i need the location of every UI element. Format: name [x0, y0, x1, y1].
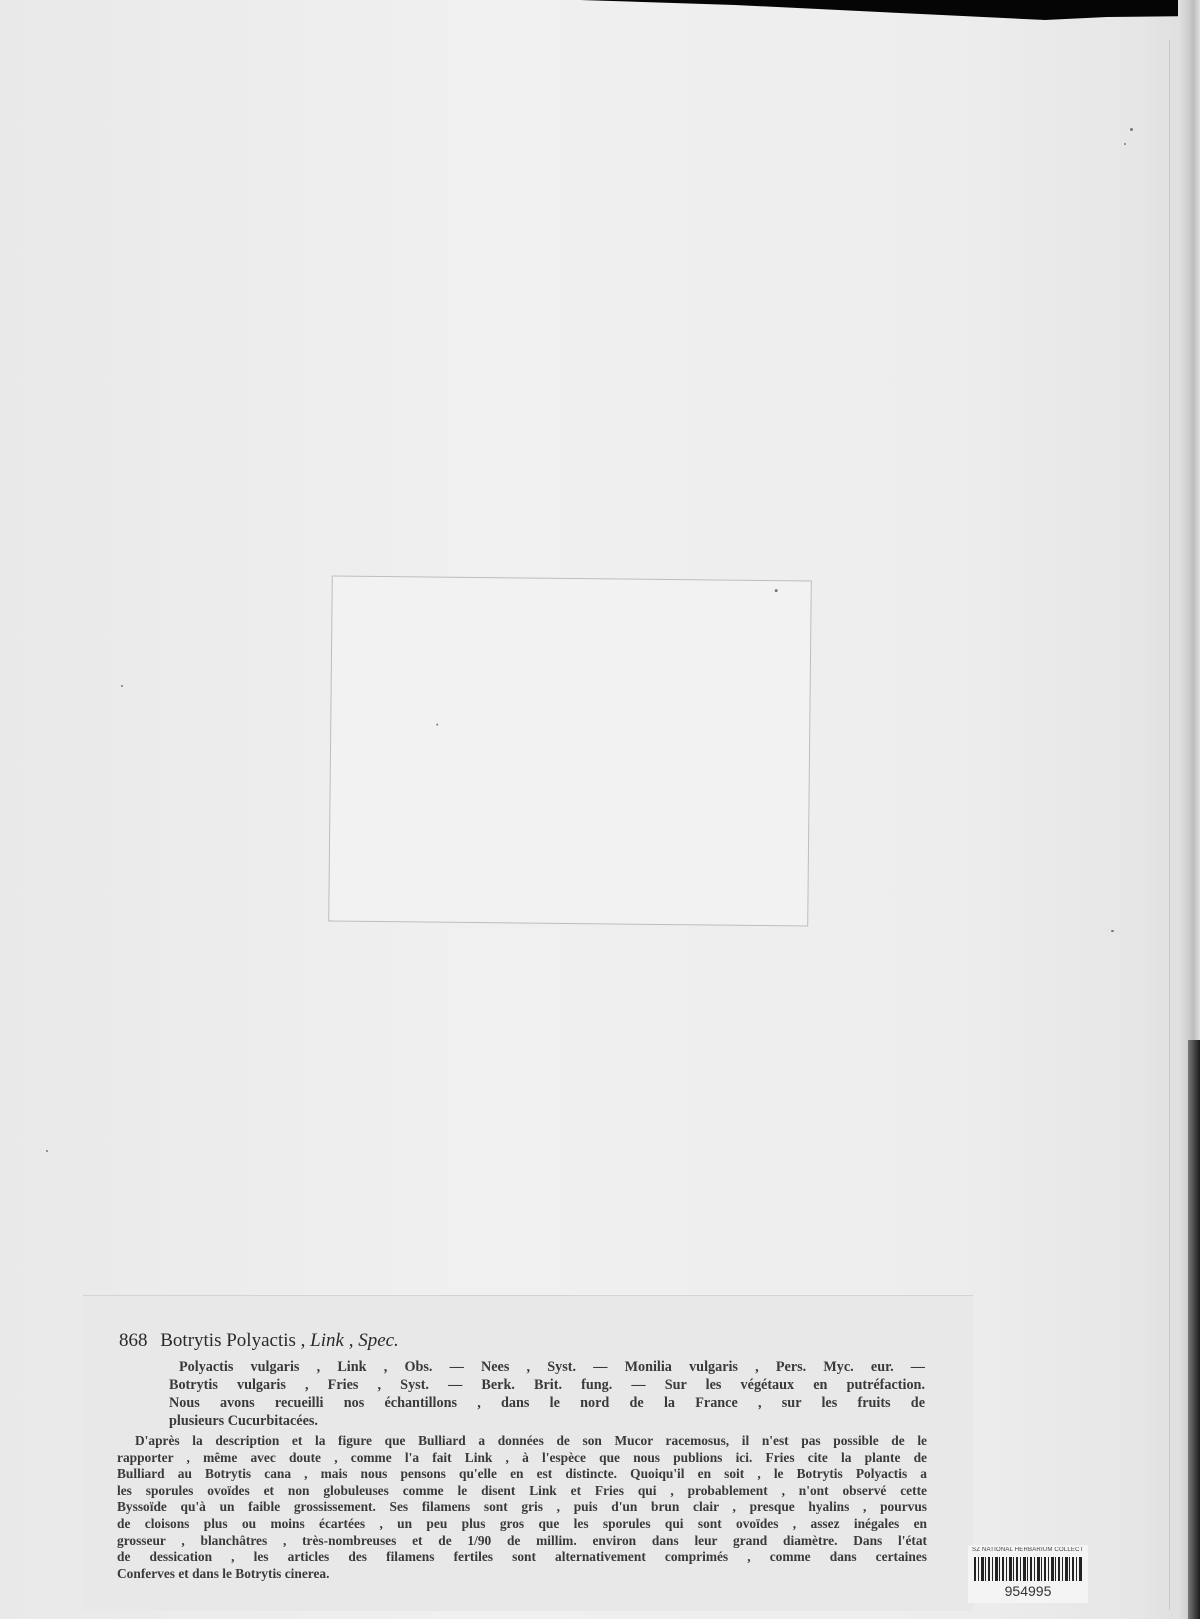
specimen-label: 868 Botrytis Polyactis , Link , Spec. Po… — [83, 1295, 973, 1611]
taxon-work: Spec. — [358, 1330, 399, 1351]
taxon-name: Botrytis Polyactis — [160, 1330, 296, 1351]
synonymy-line: Polyactis vulgaris , Link , Obs. — Nees … — [169, 1358, 925, 1376]
barcode-caption: SZ NATIONAL HERBARIUM COLLECTIONS — [972, 1547, 1084, 1553]
specimen-packet — [328, 575, 812, 926]
barcode-icon — [974, 1557, 1082, 1581]
speck — [1111, 930, 1114, 932]
speck — [775, 589, 778, 592]
description-paragraph: D'après la description et la figure que … — [117, 1433, 927, 1582]
description-line: les sporules ovoïdes et non globuleuses … — [117, 1483, 927, 1500]
herbarium-sheet: 868 Botrytis Polyactis , Link , Spec. Po… — [0, 0, 1200, 1619]
description-line: Byssoïde qu'à un faible grossissement. S… — [117, 1499, 927, 1516]
taxon-author: Link — [310, 1330, 344, 1351]
speck — [121, 685, 123, 687]
description-line: Bulliard au Botrytis cana , mais nous pe… — [117, 1466, 927, 1483]
page-edge-shadow — [1188, 1040, 1200, 1619]
exsiccata-number: 868 — [119, 1330, 148, 1351]
synonymy-line: Nous avons recueilli nos échantillons , … — [169, 1394, 925, 1412]
barcode-number: 954995 — [968, 1583, 1088, 1599]
barcode-label: SZ NATIONAL HERBARIUM COLLECTIONS 954995 — [968, 1545, 1088, 1603]
synonymy-line: Botrytis vulgaris , Fries , Syst. — Berk… — [169, 1376, 925, 1394]
synonymy-line: plusieurs Cucurbitacées. — [169, 1412, 925, 1430]
description-line: de dessication , les articles des filame… — [117, 1549, 927, 1566]
speck — [1124, 143, 1126, 145]
synonymy-paragraph: Polyactis vulgaris , Link , Obs. — Nees … — [169, 1358, 925, 1430]
label-title: 868 Botrytis Polyactis , Link , Spec. — [119, 1330, 399, 1352]
speck — [46, 1150, 48, 1152]
description-line: Conferves et dans le Botrytis cinerea. — [117, 1566, 927, 1583]
speck — [1130, 128, 1133, 131]
page-fold-line — [1169, 40, 1170, 1610]
description-line: de cloisons plus ou moins écartées , un … — [117, 1516, 927, 1533]
description-line: rapporter , même avec doute , comme l'a … — [117, 1450, 927, 1467]
scan-edge-shadow — [580, 0, 1200, 20]
description-line: D'après la description et la figure que … — [117, 1433, 927, 1450]
description-line: grosseur , blanchâtres , très-nombreuses… — [117, 1533, 927, 1550]
speck — [436, 724, 438, 726]
